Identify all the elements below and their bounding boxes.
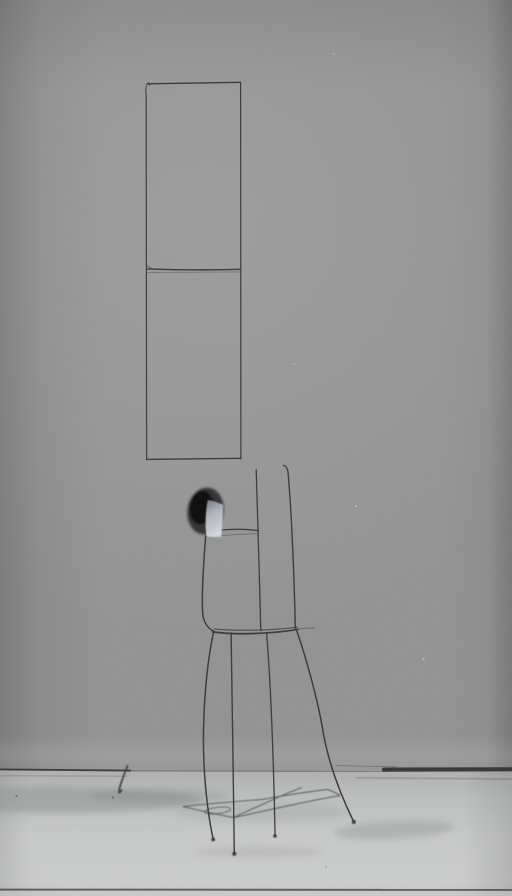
- photograph: [0, 0, 512, 896]
- scene-drawing: [0, 0, 512, 896]
- film-grain: [0, 0, 512, 896]
